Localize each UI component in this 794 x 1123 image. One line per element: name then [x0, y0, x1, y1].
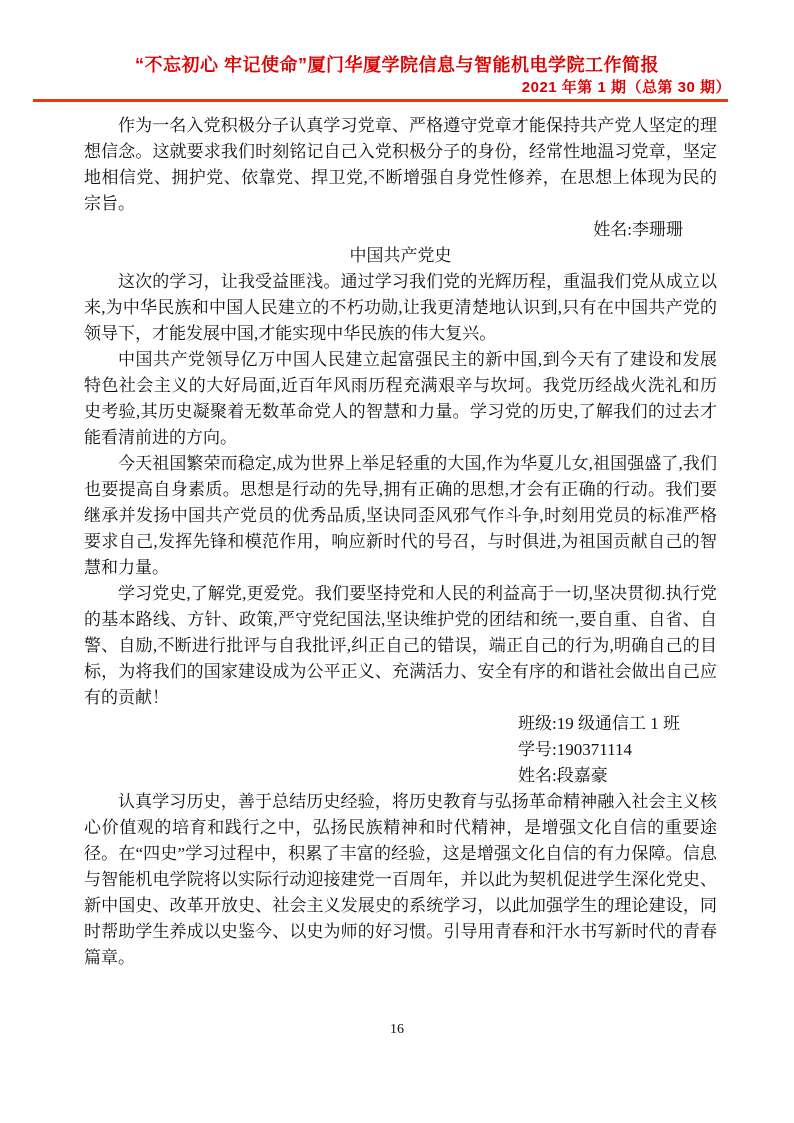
bulletin-page: “不忘初心 牢记使命”厦门华厦学院信息与智能机电学院工作简报 2021 年第 1… — [0, 0, 794, 1123]
bulletin-header-title: “不忘初心 牢记使命”厦门华厦学院信息与智能机电学院工作简报 — [0, 54, 794, 77]
paragraph-li-shanshan-reflection: 作为一名入党积极分子认真学习党章、严格遵守党章才能保持共产党人坚定的理想信念。这… — [84, 113, 717, 217]
signature-student-id-line: 学号:190371114 — [518, 737, 717, 763]
signature-name-line: 姓名:段嘉豪 — [518, 763, 717, 789]
bulletin-issue-line: 2021 年第 1 期（总第 30 期） — [522, 78, 731, 98]
header-rule-divider — [33, 99, 728, 102]
paragraph-party-leadership: 中国共产党领导亿万中国人民建立起富强民主的新中国,到今天有了建设和发展特色社会主… — [84, 347, 717, 451]
document-body: 作为一名入党积极分子认真学习党章、严格遵守党章才能保持共产党人坚定的理想信念。这… — [84, 113, 717, 971]
signature-li-shanshan: 姓名:李珊珊 — [84, 217, 717, 243]
signature-class-line: 班级:19 级通信工 1 班 — [518, 711, 717, 737]
paragraph-college-summary: 认真学习历史，善于总结历史经验，将历史教育与弘扬革命精神融入社会主义核心价值观的… — [84, 789, 717, 971]
page-number: 16 — [0, 1021, 794, 1039]
paragraph-study-benefit: 这次的学习，让我受益匪浅。通过学习我们党的光辉历程，重温我们党从成立以来,为中华… — [84, 269, 717, 347]
signature-block-duan-jiahao: 班级:19 级通信工 1 班 学号:190371114 姓名:段嘉豪 — [518, 711, 717, 789]
paragraph-love-party: 学习党史,了解党,更爱党。我们要坚持党和人民的利益高于一切,坚决贯彻.执行党的基… — [84, 581, 717, 711]
paragraph-nation-prosperity: 今天祖国繁荣而稳定,成为世界上举足轻重的大国,作为华夏儿女,祖国强盛了,我们也要… — [84, 451, 717, 581]
section-title-party-history: 中国共产党史 — [84, 243, 717, 269]
